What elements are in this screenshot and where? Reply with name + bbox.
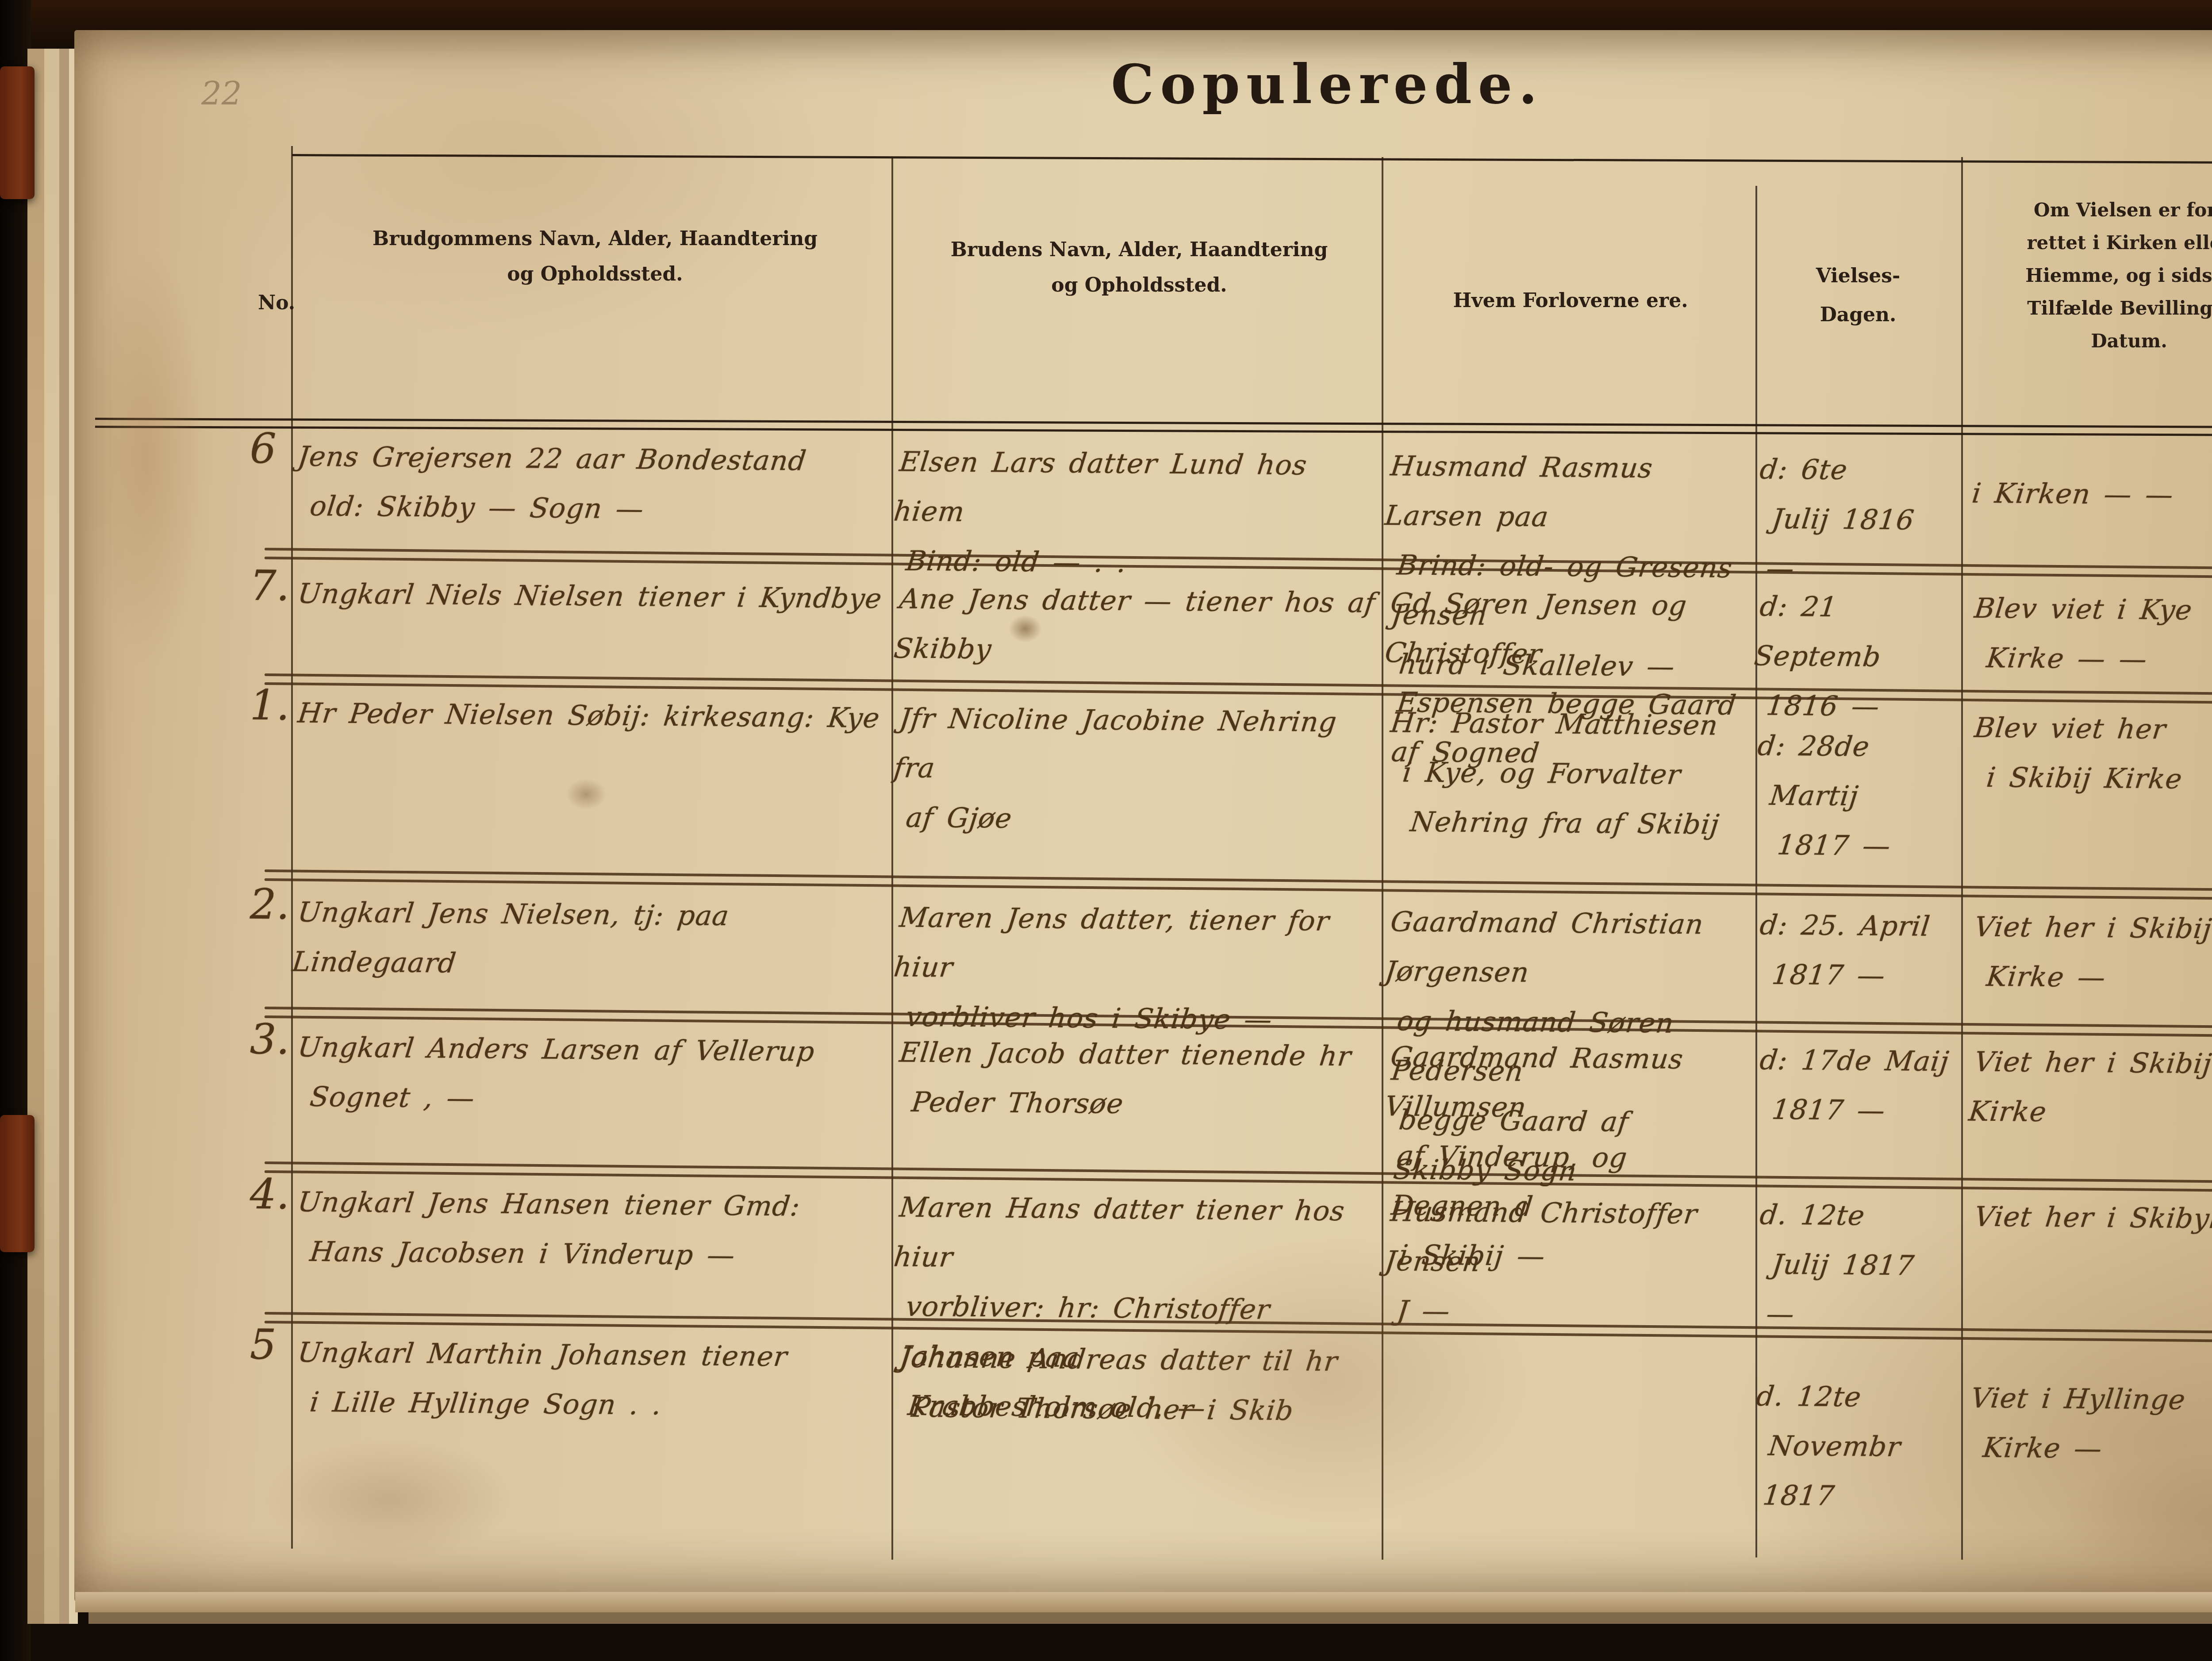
cell-witnesses: Hr: Pastor Matthieseni Kye, og Forvalter… (1377, 698, 1761, 850)
column-header-where-married: Om Vielsen er for-rettet i Kirken ellerH… (1971, 194, 2212, 358)
cell-date: d: 6teJulij 1816 — (1746, 445, 1962, 595)
cell-church: Viet her i SkibijKirke — (1966, 902, 2212, 1004)
page-bottom-edge (75, 1592, 2212, 1612)
cell-groom: Ungkarl Jens Hansen tiener Gmd:Hans Jaco… (289, 1177, 889, 1281)
paper-stain (1115, 1234, 1535, 1526)
page-edge-stack (27, 49, 44, 1624)
cell-church: Blev viet heri Skibij Kirke (1966, 703, 2212, 805)
page-number: 22 (201, 75, 242, 112)
cell-church: Blev viet i KyeKirke — — (1966, 584, 2212, 685)
cell-groom: Ungkarl Niels Nielsen tiener i Kyndbye (295, 569, 889, 623)
row-number: 4. (250, 1170, 290, 1219)
cell-groom: Jens Grejersen 22 aar Bondestandold: Ski… (289, 432, 889, 536)
page-edge-stack (44, 49, 59, 1624)
church-register-photo: 22 Copulerede. No. Brudgommens Navn, Ald… (0, 0, 2212, 1661)
column-divider (1961, 157, 1963, 1560)
row-number: 5 (250, 1321, 276, 1369)
cell-date: d: 28deMartij1817 — (1744, 701, 1962, 872)
column-header-wedding-day: Vielses-Dagen. (1763, 257, 1953, 335)
page-bottom-edge (88, 1612, 2212, 1624)
row-number: 3. (250, 1015, 290, 1064)
row-number: 7. (250, 562, 290, 611)
paper-stain (84, 248, 208, 668)
cell-bride: Elsen Lars datter Lund hos hiemBind: old… (886, 437, 1385, 590)
column-header-bride: Brudens Navn, Alder, Haandteringog Ophol… (902, 232, 1376, 303)
paper-stain (265, 1438, 513, 1562)
cell-church: Viet her i Skibij Kirke (1966, 1037, 2212, 1139)
leather-tab (0, 66, 35, 199)
cell-groom: Hr Peder Nielsen Søbij: kirkesang: Kye (295, 688, 889, 743)
column-divider (1755, 186, 1757, 1557)
column-divider (291, 146, 293, 1549)
row-number: 1. (250, 681, 290, 730)
ink-spot (566, 779, 606, 810)
cell-groom: Ungkarl Jens Nielsen, tj: paa Lindegaard (289, 888, 889, 992)
cell-church: Viet her i Skibykirke (1972, 1192, 2212, 1244)
cell-date: d: 17de Maij1817 — (1751, 1035, 1962, 1136)
book-spine (0, 0, 31, 1661)
column-header-witnesses: Hvem Forloverne ere. (1394, 283, 1747, 319)
ink-spot (1009, 615, 1042, 642)
cell-date: d: 25. April1817 — (1751, 900, 1962, 1001)
row-number: 6 (250, 425, 276, 473)
column-header-groom: Brudgommens Navn, Alder, Haandteringog O… (305, 221, 885, 292)
cell-bride: Ane Jens datter — tiener hos af Skibby (891, 574, 1384, 677)
row-number: 2. (250, 880, 290, 929)
column-header-no: No. (248, 285, 305, 321)
cell-bride: Maren Jens datter, tiener for hiurvorbli… (886, 893, 1385, 1046)
cell-church: i Kirken — — (1969, 446, 2212, 521)
cell-bride: Jfr Nicoline Jacobine Nehring fraaf Gjøe (886, 694, 1385, 846)
leather-tab (0, 1115, 35, 1252)
cell-date: d. 12teJulij 1817 — (1746, 1190, 1962, 1341)
cell-date: d. 12teNovembr 1817 (1743, 1341, 1962, 1522)
page-title: Copulerede. (995, 52, 1659, 116)
cell-groom: Ungkarl Marthin Johansen tieneri Lille H… (289, 1328, 889, 1432)
cell-groom: Ungkarl Anders Larsen af VellerupSognet … (289, 1023, 889, 1127)
cell-bride: Ellen Jacob datter tienende hrPeder Thor… (891, 1028, 1384, 1131)
page-edge-stack (59, 49, 69, 1624)
